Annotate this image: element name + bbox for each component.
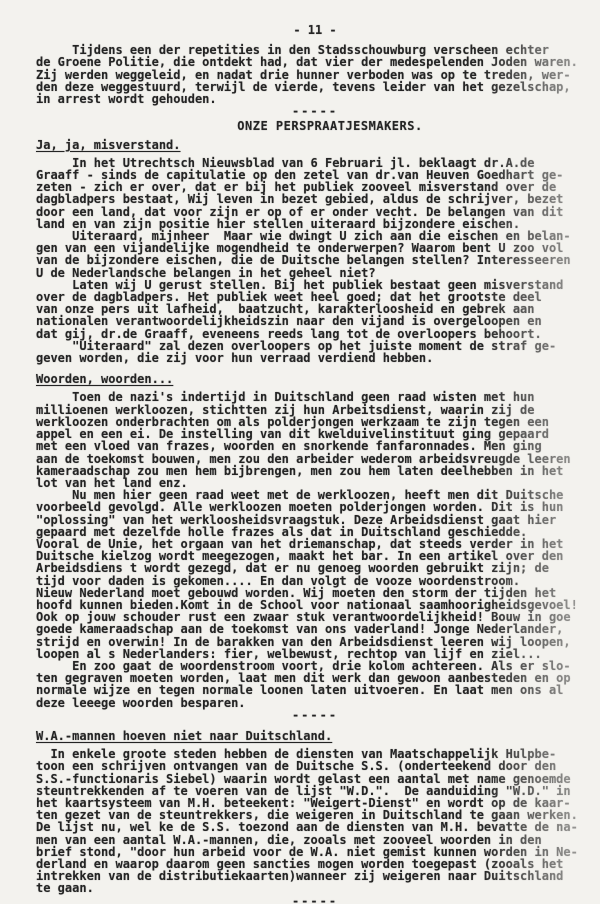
paragraph: In het Utrechtsch Nieuwsblad van 6 Febru…: [36, 157, 594, 230]
paragraph: Toen de nazi's indertijd in Duitschland …: [36, 391, 594, 489]
paragraph: En zoo gaat de woordenstroom voort, drie…: [36, 660, 594, 709]
intro-paragraph: Tijdens een der repetities in den Stadss…: [36, 44, 594, 105]
page-number: - 11 -: [36, 24, 594, 36]
section-woorden: Woorden, woorden... Toen de nazi's inder…: [36, 373, 594, 708]
scanned-document-page: - 11 - Tijdens een der repetities in den…: [0, 0, 600, 904]
paragraph: Uiteraard, mijnheer Maar wie dwingt U zi…: [36, 230, 594, 279]
paragraph: Nu men hier geen raad weet met de werklo…: [36, 489, 594, 660]
section-divider: -----: [36, 895, 594, 904]
section-wa-mannen: W.A.-mannen hoeven niet naar Duitschland…: [36, 730, 594, 895]
paragraph: "Uiteraard" zal dezen overloopers op het…: [36, 340, 594, 364]
paragraph: Laten wij U gerust stellen. Bij het publ…: [36, 279, 594, 340]
section-misverstand: Ja, ja, misverstand. In het Utrechtsch N…: [36, 139, 594, 365]
section-divider: -----: [36, 709, 594, 721]
section-heading: Woorden, woorden...: [36, 373, 594, 385]
paragraph: In enkele groote steden hebben de dienst…: [36, 748, 594, 894]
article-main-heading: ONZE PERSPRAATJESMAKERS.: [66, 120, 594, 132]
section-heading: Ja, ja, misverstand.: [36, 139, 594, 151]
section-divider: -----: [36, 105, 594, 117]
section-heading: W.A.-mannen hoeven niet naar Duitschland…: [36, 730, 594, 742]
